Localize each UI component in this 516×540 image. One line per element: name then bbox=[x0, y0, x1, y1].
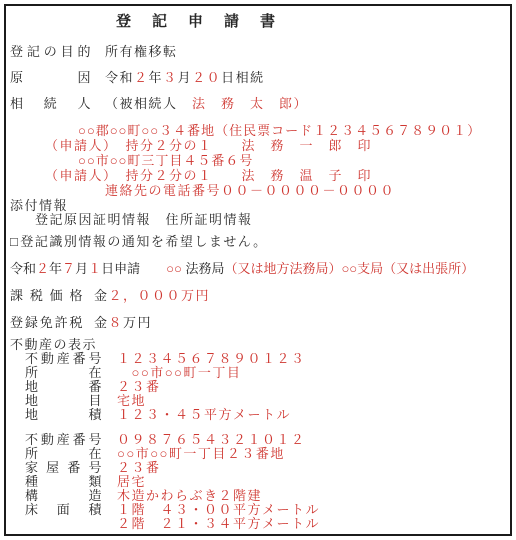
property-row-label: 地番 bbox=[25, 380, 103, 394]
property-row-value: ２３番 bbox=[117, 460, 161, 475]
text-segment: （申請人） 持分２分の１ 法 務 温 子 印 bbox=[45, 168, 372, 183]
text-segment: （申請人） 持分２分の１ 法 務 一 郎 印 bbox=[45, 138, 372, 153]
text-segment: ２，０００万円 bbox=[109, 288, 211, 303]
text-segment: ２０ bbox=[192, 70, 221, 85]
applicant-2: （申請人） 持分２分の１ 法 務 温 子 印 bbox=[45, 169, 510, 183]
row-cause-value: 令和２年３月２０日相続 bbox=[105, 70, 265, 85]
property-row-value: 宅地 bbox=[117, 393, 146, 408]
property-row: 地積１２３・４５平方メートル bbox=[25, 408, 510, 422]
application-date-office: 令和２年７月１日申請 ○○ 法務局（又は地方法務局）○○支局（又は出張所） bbox=[10, 262, 510, 276]
text-segment: ８ bbox=[109, 315, 124, 330]
text-segment: 所有権移転 bbox=[105, 44, 178, 59]
row-license-tax-label: 登録免許税 bbox=[10, 316, 84, 330]
property-row-value: ０９８７６５４３２１０１２ bbox=[117, 432, 306, 447]
text-segment: ○○ bbox=[166, 261, 182, 276]
property-row-label: 床面積 bbox=[25, 503, 103, 517]
property-row-label: 家屋番号 bbox=[25, 461, 103, 475]
text-segment: 年 bbox=[49, 261, 62, 276]
text-segment: 法 務 太 郎） bbox=[192, 96, 308, 111]
text-segment: 金 bbox=[94, 315, 109, 330]
property-row: 種類居宅 bbox=[25, 475, 510, 489]
text-segment: 月 bbox=[178, 70, 193, 85]
property-row-value: ○○市○○町一丁目 bbox=[117, 365, 241, 380]
property-row: 地番２３番 bbox=[25, 380, 510, 394]
property-row-value: 木造かわらぶき２階建 bbox=[117, 488, 262, 503]
text-segment: 日申請 bbox=[101, 261, 166, 276]
text-segment: ２ bbox=[36, 261, 49, 276]
text-segment: ○○郡○○町○○３４番地（住民票コード１２３４５６７８９０１） bbox=[78, 123, 481, 138]
text-segment: （被相続人 bbox=[105, 96, 192, 111]
row-purpose: 登記の目的所有権移転 bbox=[10, 45, 510, 59]
property-row-value: ○○市○○町一丁目２３番地 bbox=[117, 446, 285, 461]
property-row-value: １２３４５６７８９０１２３ bbox=[117, 351, 306, 366]
property-row-label: 構造 bbox=[25, 489, 103, 503]
row-heir-value: （被相続人 法 務 太 郎） bbox=[105, 96, 308, 111]
row-purpose-label: 登記の目的 bbox=[10, 45, 92, 59]
property-section-header: 不動産の表示 bbox=[10, 338, 510, 352]
attachments-header: 添付情報 bbox=[10, 199, 510, 213]
property-row-label: 不動産番号 bbox=[25, 433, 103, 447]
property-row: 不動産番号１２３４５６７８９０１２３ bbox=[25, 352, 510, 366]
property-row: 家屋番号２３番 bbox=[25, 461, 510, 475]
property-row-label: 不動産番号 bbox=[25, 352, 103, 366]
row-tax-price-value: 金２，０００万円 bbox=[94, 288, 210, 303]
text-segment: ２ bbox=[134, 70, 149, 85]
text-segment: 令和 bbox=[105, 70, 134, 85]
property-row-label: 所在 bbox=[25, 447, 103, 461]
text-segment: 金 bbox=[94, 288, 109, 303]
text-segment: 万円 bbox=[123, 315, 152, 330]
contact-phone: 連絡先の電話番号００－００００－００００ bbox=[105, 184, 510, 198]
registration-application-form: 登 記 申 請 書 登記の目的所有権移転 原因令和２年３月２０日相続 相続人（被… bbox=[4, 4, 512, 536]
text-segment: 法務局 bbox=[182, 261, 225, 276]
row-license-tax: 登録免許税金８万円 bbox=[10, 316, 510, 330]
applicant-address-2: ○○市○○町三丁目４５番６号 bbox=[78, 154, 510, 168]
property-row-value: １階 ４３・００平方メートル bbox=[117, 502, 320, 517]
text-segment: 日相続 bbox=[221, 70, 265, 85]
property-row: 地目宅地 bbox=[25, 394, 510, 408]
property-row: 所在 ○○市○○町一丁目 bbox=[25, 366, 510, 380]
property-row: ２階 ２１・３４平方メートル bbox=[25, 517, 510, 531]
property-row: 所在○○市○○町一丁目２３番地 bbox=[25, 447, 510, 461]
page-title: 登 記 申 請 書 bbox=[116, 14, 510, 30]
property-row-label: 所在 bbox=[25, 366, 103, 380]
row-heir: 相続人（被相続人 法 務 太 郎） bbox=[10, 97, 510, 111]
text-segment: ○○市○○町三丁目４５番６号 bbox=[78, 153, 253, 168]
land-description: 不動産番号１２３４５６７８９０１２３所在 ○○市○○町一丁目地番２３番地目宅地地… bbox=[10, 352, 510, 422]
text-segment: １ bbox=[88, 261, 101, 276]
text-segment: 月 bbox=[75, 261, 88, 276]
property-row-label: 地目 bbox=[25, 394, 103, 408]
text-segment: 令和 bbox=[10, 261, 36, 276]
row-cause-label: 原因 bbox=[10, 71, 92, 85]
text-segment: 連絡先の電話番号００－００００－００００ bbox=[105, 183, 395, 198]
row-tax-price-label: 課税価格 bbox=[10, 289, 84, 303]
property-row: 床面積１階 ４３・００平方メートル bbox=[25, 503, 510, 517]
applicant-address-1: ○○郡○○町○○３４番地（住民票コード１２３４５６７８９０１） bbox=[78, 124, 510, 138]
row-license-tax-value: 金８万円 bbox=[94, 315, 152, 330]
row-cause: 原因令和２年３月２０日相続 bbox=[10, 71, 510, 85]
text-segment: 年 bbox=[149, 70, 164, 85]
building-description: 不動産番号０９８７６５４３２１０１２所在○○市○○町一丁目２３番地家屋番号２３番… bbox=[10, 433, 510, 531]
property-row-label: 種類 bbox=[25, 475, 103, 489]
property-row-value: 居宅 bbox=[117, 474, 146, 489]
text-segment: ７ bbox=[62, 261, 75, 276]
property-row: 構造木造かわらぶき２階建 bbox=[25, 489, 510, 503]
property-row-value: ２３番 bbox=[117, 379, 161, 394]
row-tax-price: 課税価格金２，０００万円 bbox=[10, 289, 510, 303]
id-notice-checkbox[interactable]: □ bbox=[10, 235, 19, 249]
property-row-label: 地積 bbox=[25, 408, 103, 422]
row-heir-label: 相続人 bbox=[10, 97, 92, 111]
property-row: 不動産番号０９８７６５４３２１０１２ bbox=[25, 433, 510, 447]
text-segment: ３ bbox=[163, 70, 178, 85]
attachments-items: 登記原因証明情報 住所証明情報 bbox=[35, 213, 510, 227]
row-purpose-value: 所有権移転 bbox=[105, 44, 178, 59]
property-row-value: １２３・４５平方メートル bbox=[117, 407, 291, 422]
applicant-1: （申請人） 持分２分の１ 法 務 一 郎 印 bbox=[45, 139, 510, 153]
id-notice-line: □登記識別情報の通知を希望しません。 bbox=[10, 235, 510, 249]
text-segment: （又は地方法務局）○○支局（又は出張所） bbox=[224, 261, 474, 276]
property-row-value: ２階 ２１・３４平方メートル bbox=[117, 516, 320, 531]
id-notice-text: 登記識別情報の通知を希望しません。 bbox=[20, 234, 267, 249]
